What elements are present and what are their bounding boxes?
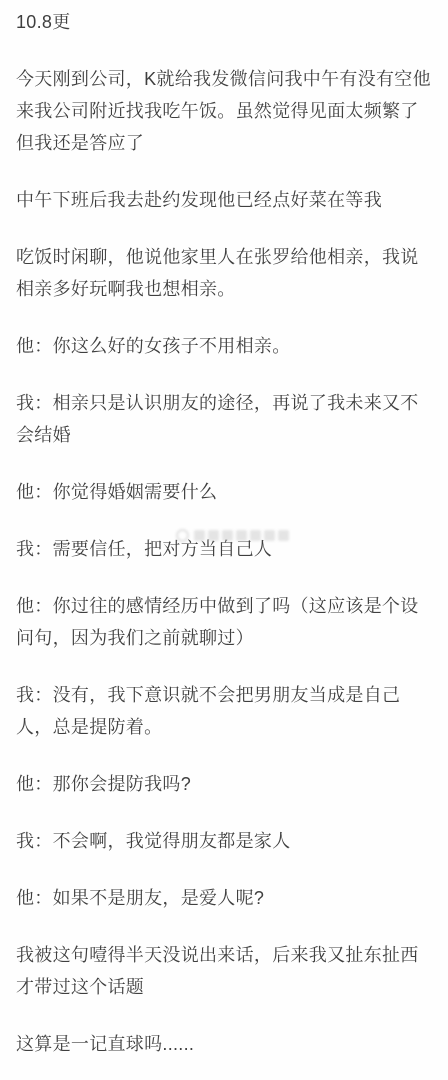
post-date-title-text: 10.8更 xyxy=(16,12,71,32)
paragraph-chat-xiangqin: 吃饭时闲聊，他说他家里人在张罗给他相亲，我说 相亲多好玩啊我也想相亲。 xyxy=(16,241,432,305)
dialog-he-3: 他：你过往的感情经历中做到了吗（这应该是个设 问句，因为我们之前就聊过） xyxy=(16,590,432,654)
dialog-me-1: 我：相亲只是认识朋友的途径，再说了我未来又不 会结婚 xyxy=(16,387,432,451)
paragraph-intro: 今天刚到公司，K就给我发微信问我中午有没有空他 来我公司附近找我吃午饭。虽然觉得… xyxy=(16,63,432,159)
post-date-title: 10.8更 xyxy=(16,6,432,38)
dialog-me-3: 我：没有，我下意识就不会把男朋友当成是自己 人，总是提防着。 xyxy=(16,679,432,743)
dialog-he-5: 他：如果不是朋友，是爱人呢? xyxy=(16,882,432,914)
dialog-he-2: 他：你觉得婚姻需要什么 xyxy=(16,476,432,508)
paragraph-lunch: 中午下班后我去赴约发现他已经点好菜在等我 xyxy=(16,184,432,216)
dialog-he-4: 他：那你会提防我吗? xyxy=(16,768,432,800)
dialog-me-2: 我：需要信任，把对方当自己人 xyxy=(16,533,432,565)
dialog-me-4: 我：不会啊，我觉得朋友都是家人 xyxy=(16,825,432,857)
paragraph-closing: 这算是一记直球吗...... xyxy=(16,1028,432,1060)
paragraph-choked: 我被这句噎得半天没说出来话，后来我又扯东扯西 才带过这个话题 xyxy=(16,939,432,1003)
text-post-page: 10.8更 今天刚到公司，K就给我发微信问我中午有没有空他 来我公司附近找我吃午… xyxy=(0,0,448,1080)
dialog-he-1: 他：你这么好的女孩子不用相亲。 xyxy=(16,330,432,362)
